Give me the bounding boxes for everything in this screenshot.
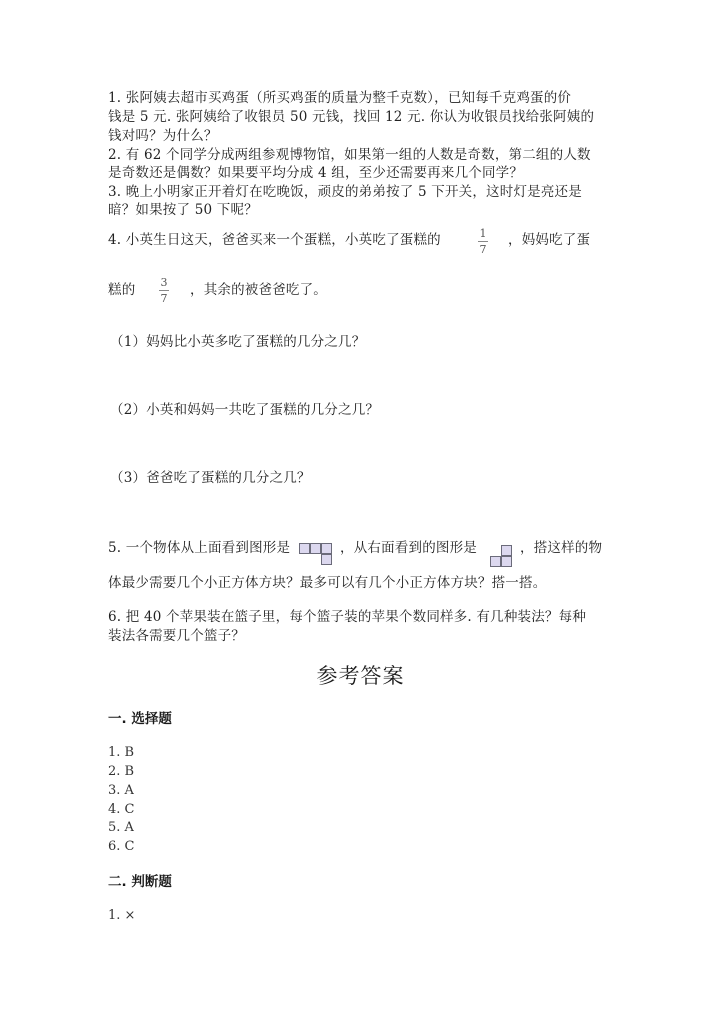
fraction-one-seventh: 1 7: [478, 227, 488, 256]
question-1-line-2: 钱是 5 元. 张阿姨给了收银员 50 元钱，找回 12 元. 你认为收银员找给…: [108, 108, 594, 127]
top-view-cell: [310, 543, 321, 554]
fraction-denominator: 7: [161, 292, 168, 305]
answer-item: 1. ×: [108, 906, 135, 925]
question-4-line-2-after: ，其余的被爸爸吃了。: [190, 281, 327, 300]
question-4-line-1-text: 4. 小英生日这天，爸爸买来一个蛋糕，小英吃了蛋糕的: [108, 231, 441, 250]
answer-item: 2. B: [108, 762, 134, 781]
question-4-sub-2: （2）小英和妈妈一共吃了蛋糕的几分之几？: [110, 401, 379, 420]
right-view-figure: [490, 545, 513, 568]
top-view-figure: [299, 543, 333, 566]
answer-item: 6. C: [108, 837, 134, 856]
fraction-bar: [478, 241, 488, 242]
answer-item: 5. A: [108, 818, 134, 837]
question-3-line-2: 暗？如果按了 50 下呢？: [108, 201, 258, 220]
answer-item: 1. B: [108, 743, 134, 762]
question-5-line-1-part-2: ，从右面看到的图形是: [340, 539, 477, 558]
section-heading-true-false: 二. 判断题: [108, 873, 172, 892]
answer-key-title: 参考答案: [108, 662, 613, 690]
question-1-line-3: 钱对吗？为什么？: [108, 127, 218, 146]
fraction-bar: [159, 290, 169, 291]
question-6-line-2: 装法各需要几个篮子？: [108, 627, 245, 646]
right-view-cell: [501, 545, 512, 556]
answer-item: 3. A: [108, 781, 134, 800]
question-3-line-1: 3. 晚上小明家正开着灯在吃晚饭，顽皮的弟弟按了 5 下开关，这时灯是亮还是: [108, 183, 582, 202]
question-5-line-1-part-1: 5. 一个物体从上面看到图形是: [108, 539, 290, 558]
question-4-sub-1: （1）妈妈比小英多吃了蛋糕的几分之几？: [110, 333, 365, 352]
question-5-line-1-part-3: ，搭这样的物: [520, 539, 602, 558]
question-1-line-1: 1. 张阿姨去超市买鸡蛋（所买鸡蛋的质量为整千克数），已知每千克鸡蛋的价: [108, 89, 571, 108]
question-4-line-2-text: 糕的: [108, 281, 135, 300]
question-2-line-1: 2. 有 62 个同学分成两组参观博物馆，如果第一组的人数是奇数，第二组的人数: [108, 146, 591, 165]
fraction-denominator: 7: [480, 243, 487, 256]
fraction-numerator: 1: [480, 227, 487, 240]
question-5-line-2: 体最少需要几个小正方体方块？最多可以有几个小正方体方块？搭一搭。: [108, 574, 546, 593]
fraction-numerator: 3: [161, 276, 168, 289]
right-view-cell: [501, 556, 512, 567]
right-view-cell: [490, 556, 501, 567]
question-4-line-1-after: ，妈妈吃了蛋: [508, 231, 590, 250]
answer-item: 4. C: [108, 800, 134, 819]
top-view-cell: [321, 543, 332, 554]
top-view-cell: [299, 543, 310, 554]
fraction-three-sevenths: 3 7: [159, 276, 169, 305]
question-2-line-2: 是奇数还是偶数？如果要平均分成 4 组，至少还需要再来几个同学？: [108, 164, 523, 183]
top-view-cell: [321, 554, 332, 565]
question-4-sub-3: （3）爸爸吃了蛋糕的几分之几？: [110, 469, 311, 488]
section-heading-choice: 一. 选择题: [108, 710, 172, 729]
question-6-line-1: 6. 把 40 个苹果装在篮子里，每个篮子装的苹果个数同样多. 有几种装法？每种: [108, 608, 586, 627]
